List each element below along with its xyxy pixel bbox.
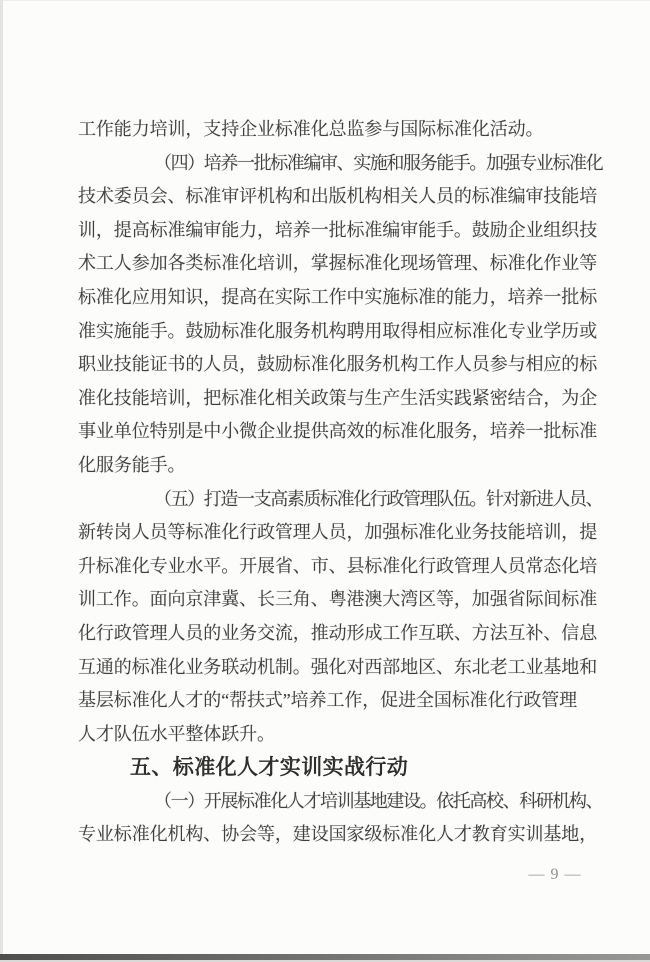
text-line: 事业单位特别是中小微企业提供高效的标准化服务，培养一批标准 [78, 415, 618, 449]
text-line: 人才队伍水平整体跃升。 [78, 718, 618, 752]
text-line: 化行政管理人员的业务交流，推动形成工作互联、方法互补、信息 [78, 617, 618, 651]
text-line: （四）培养一批标准编审、实施和服务能手。加强专业标准化 [78, 147, 618, 181]
text-line: 训工作。面向京津冀、长三角、粤港澳大湾区等，加强省际间标准 [78, 583, 618, 617]
text-line: 新转岗人员等标准化行政管理人员，加强标准化业务技能培训，提 [78, 516, 618, 550]
scan-edge-left [0, 0, 3, 962]
page-number: — 9 — [512, 864, 598, 886]
text-line: 准实施能手。鼓励标准化服务机构聘用取得相应标准化专业学历或 [78, 315, 618, 349]
text-line: 工作能力培训，支持企业标准化总监参与国际标准化活动。 [78, 113, 618, 147]
text-line: 术工人参加各类标准化培训，掌握标准化现场管理、标准化作业等 [78, 247, 618, 281]
text-line: 职业技能证书的人员，鼓励标准化服务机构工作人员参与相应的标 [78, 348, 618, 382]
text-line: 技术委员会、标准审评机构和出版机构相关人员的标准编审技能培 [78, 180, 618, 214]
text-line: 标准化应用知识，提高在实际工作中实施标准的能力，培养一批标 [78, 281, 618, 315]
text-line: 升标准化专业水平。开展省、市、县标准化行政管理人员常态化培 [78, 550, 618, 584]
scan-edge-top [0, 0, 650, 1]
text-line: （五）打造一支高素质标准化行政管理队伍。针对新进人员、 [78, 483, 618, 517]
text-line: 化服务能手。 [78, 449, 618, 483]
text-line: 专业标准化机构、协会等，建设国家级标准化人才教育实训基地， [78, 818, 618, 852]
text-line: （一）开展标准化人才培训基地建设。依托高校、科研机构、 [78, 785, 618, 819]
text-line: 基层标准化人才的“帮扶式”培养工作，促进全国标准化行政管理 [78, 684, 618, 718]
text-line: 互通的标准化业务联动机制。强化对西部地区、东北老工业基地和 [78, 651, 618, 685]
scanned-document-page: 工作能力培训，支持企业标准化总监参与国际标准化活动。（四）培养一批标准编审、实施… [0, 0, 650, 962]
section-heading: 五、标准化人才实训实战行动 [78, 751, 618, 785]
text-line: 准化技能培训，把标准化相关政策与生产生活实践紧密结合，为企 [78, 382, 618, 416]
document-body: 工作能力培训，支持企业标准化总监参与国际标准化活动。（四）培养一批标准编审、实施… [78, 113, 618, 852]
text-line: 训，提高标准编审能力，培养一批标准编审能手。鼓励企业组织技 [78, 214, 618, 248]
